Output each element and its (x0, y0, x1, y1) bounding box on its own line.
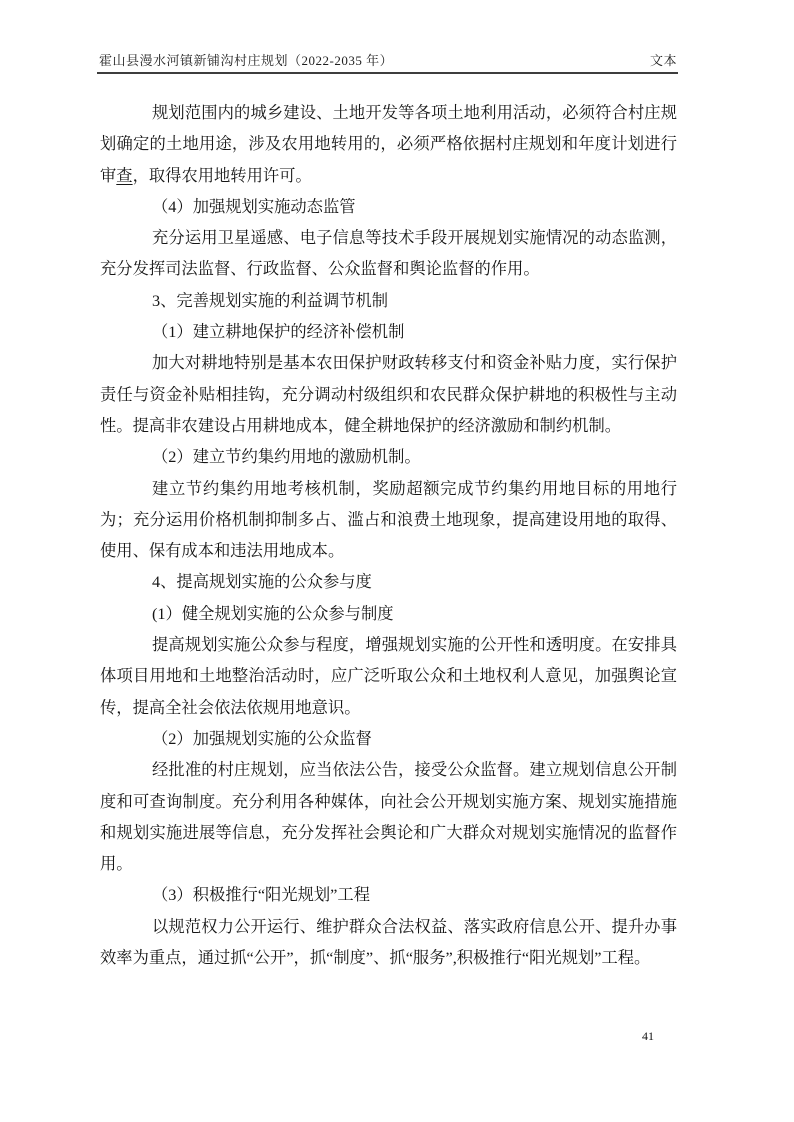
page-number: 41 (618, 1029, 678, 1044)
heading-section-3-benefit-adjustment: 3、完善规划实施的利益调节机制 (100, 285, 677, 316)
underlined-char: 查 (116, 166, 132, 185)
page-header: 霍山县漫水河镇新铺沟村庄规划（2022-2035 年） 文本 (99, 50, 677, 69)
paragraph-land-use-activities: 规划范围内的城乡建设、土地开发等各项土地利用活动，必须符合村庄规划确定的土地用途… (100, 97, 677, 191)
header-doc-type: 文本 (650, 50, 677, 69)
heading-item-2-public-oversight: （2）加强规划实施的公众监督 (100, 723, 677, 754)
paragraph-public-announcement: 经批准的村庄规划，应当依法公告，接受公众监督。建立规划信息公开制度和可查询制度。… (100, 754, 677, 879)
paragraph-intensive-land-assessment: 建立节约集约用地考核机制，奖励超额完成节约集约用地目标的用地行为；充分运用价格机… (100, 473, 677, 567)
header-title: 霍山县漫水河镇新铺沟村庄规划（2022-2035 年） (99, 50, 393, 69)
paragraph-text: ，取得农用地转用许可。 (133, 166, 312, 185)
paragraph-sunshine-planning-detail: 以规范权力公开运行、维护群众合法权益、落实政府信息公开、提升办事效率为重点，通过… (100, 911, 677, 974)
heading-item-1-participation-system: (1）健全规划实施的公众参与制度 (100, 598, 677, 629)
heading-section-4-public-participation: 4、提高规划实施的公众参与度 (100, 566, 677, 597)
paragraph-farmland-subsidy: 加大对耕地特别是基本农田保护财政转移支付和资金补贴力度，实行保护责任与资金补贴相… (100, 347, 677, 441)
heading-item-4-dynamic-supervision: （4）加强规划实施动态监管 (100, 191, 677, 222)
document-page: 霍山县漫水河镇新铺沟村庄规划（2022-2035 年） 文本 规划范围内的城乡建… (0, 0, 794, 1122)
document-body: 规划范围内的城乡建设、土地开发等各项土地利用活动，必须符合村庄规划确定的土地用途… (100, 97, 677, 973)
heading-item-2-intensive-land-incentive: （2）建立节约集约用地的激励机制。 (100, 441, 677, 472)
paragraph-remote-sensing: 充分运用卫星遥感、电子信息等技术手段开展规划实施情况的动态监测，充分发挥司法监督… (100, 222, 677, 285)
paragraph-participation-transparency: 提高规划实施公众参与程度，增强规划实施的公开性和透明度。在安排具体项目用地和土地… (100, 629, 677, 723)
heading-item-3-sunshine-planning: （3）积极推行“阳光规划”工程 (100, 879, 677, 910)
header-rule (97, 72, 678, 74)
heading-item-1-farmland-compensation: （1）建立耕地保护的经济补偿机制 (100, 316, 677, 347)
